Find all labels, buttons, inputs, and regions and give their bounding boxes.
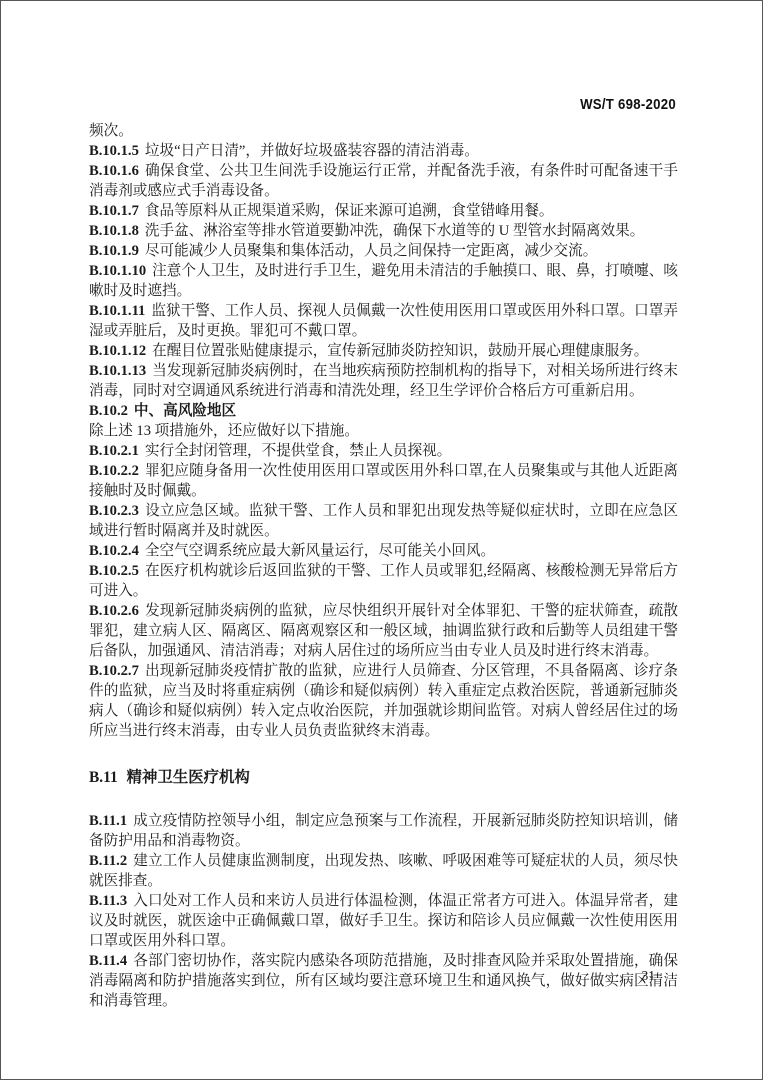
clause-number: B.10.1.6 — [89, 163, 139, 179]
clause-number: B.10.1.12 — [89, 343, 146, 359]
clause-number: B.10.2.4 — [89, 543, 139, 559]
section-title: 精神卫生医疗机构 — [127, 769, 250, 786]
clause-number: B.10.1.13 — [89, 363, 146, 379]
standard-number: WS/T 698-2020 — [580, 96, 676, 113]
clause-b11-1: B.11.1成立疫情防控领导小组，制定应急预案与工作流程，开展新冠肺炎防控知识培… — [89, 811, 678, 851]
clause-text: 当发现新冠肺炎病例时，在当地疾病预防控制机构的指导下，对相关场所进行终末消毒，同… — [89, 363, 678, 399]
clause-number: B.10.1.9 — [89, 243, 139, 259]
clause-b11-3: B.11.3入口处对工作人员和来访人员进行体温检测，体温正常者方可进入。体温异常… — [89, 891, 678, 951]
clause-b10-1-12: B.10.1.12在醒目位置张贴健康提示，宣传新冠肺炎防控知识，鼓励开展心理健康… — [89, 341, 678, 361]
clause-text: 频次。 — [89, 123, 133, 139]
clause-b10-1-5: B.10.1.5垃圾“日产日清”，并做好垃圾盛装容器的清洁消毒。 — [89, 141, 678, 161]
clause-text: 发现新冠肺炎病例的监狱，应尽快组织开展针对全体罪犯、干警的症状筛查，疏散罪犯，建… — [89, 603, 678, 659]
clause-text: 全空气空调系统应最大新风量运行，尽可能关小回风。 — [145, 543, 495, 559]
clause-number: B.10.2.6 — [89, 603, 139, 619]
clause-title: 中、高风险地区 — [134, 403, 236, 419]
clause-b10-1-10: B.10.1.10注意个人卫生，及时进行手卫生，避免用未清洁的手触摸口、眼、鼻，… — [89, 261, 678, 301]
clause-text: 建立工作人员健康监测制度，出现发热、咳嗽、呼吸困难等可疑症状的人员，须尽快就医排… — [89, 853, 678, 889]
section-number: B.11 — [89, 769, 118, 786]
clause-text: 监狱干警、工作人员、探视人员佩戴一次性使用医用口罩或医用外科口罩。口罩弄湿或弄脏… — [89, 303, 678, 339]
clause-number: B.10.2.5 — [89, 563, 139, 579]
clause-number: B.10.2.3 — [89, 503, 139, 519]
clause-b11-4: B.11.4各部门密切协作，落实院内感染各项防范措施，及时排查风险并采取处置措施… — [89, 951, 678, 1011]
clause-b10-1-11: B.10.1.11监狱干警、工作人员、探视人员佩戴一次性使用医用口罩或医用外科口… — [89, 301, 678, 341]
clause-number: B.11.2 — [89, 853, 127, 869]
clause-b10-2-4: B.10.2.4全空气空调系统应最大新风量运行，尽可能关小回风。 — [89, 541, 678, 561]
clause-number: B.10.2 — [89, 403, 128, 419]
clause-b10-1-9: B.10.1.9尽可能减少人员聚集和集体活动，人员之间保持一定距离，减少交流。 — [89, 241, 678, 261]
clause-b10-1-7: B.10.1.7食品等原料从正规渠道采购，保证来源可追溯，食堂错峰用餐。 — [89, 201, 678, 221]
clause-number: B.10.1.8 — [89, 223, 139, 239]
clause-text: 确保食堂、公共卫生间洗手设施运行正常，并配备洗手液，有条件时可配备速干手消毒剂或… — [89, 163, 678, 199]
clause-number: B.10.2.1 — [89, 443, 139, 459]
page-number: 31 — [642, 968, 656, 984]
clause-text: 垃圾“日产日清”，并做好垃圾盛装容器的清洁消毒。 — [145, 143, 479, 159]
clause-text: 除上述 13 项措施外，还应做好以下措施。 — [89, 423, 359, 439]
clause-number: B.11.3 — [89, 893, 127, 909]
clause-number: B.10.2.7 — [89, 663, 139, 679]
clause-text: 在醒目位置张贴健康提示，宣传新冠肺炎防控知识，鼓励开展心理健康服务。 — [152, 343, 648, 359]
clause-b11-2: B.11.2建立工作人员健康监测制度，出现发热、咳嗽、呼吸困难等可疑症状的人员，… — [89, 851, 678, 891]
clause-text: 食品等原料从正规渠道采购，保证来源可追溯，食堂错峰用餐。 — [145, 203, 554, 219]
clause-text: 尽可能减少人员聚集和集体活动，人员之间保持一定距离，减少交流。 — [145, 243, 597, 259]
paragraph-continuation: 频次。 — [89, 121, 678, 141]
subclause-heading-b10-2: B.10.2中、高风险地区 — [89, 401, 678, 421]
paragraph-intro: 除上述 13 项措施外，还应做好以下措施。 — [89, 421, 678, 441]
body-text: 频次。 B.10.1.5垃圾“日产日清”，并做好垃圾盛装容器的清洁消毒。 B.1… — [89, 121, 678, 1011]
clause-b10-1-13: B.10.1.13当发现新冠肺炎病例时，在当地疾病预防控制机构的指导下，对相关场… — [89, 361, 678, 401]
clause-b10-2-2: B.10.2.2罪犯应随身备用一次性使用医用口罩或医用外科口罩,在人员聚集或与其… — [89, 461, 678, 501]
clause-number: B.10.2.2 — [89, 463, 139, 479]
clause-b10-2-7: B.10.2.7出现新冠肺炎疫情扩散的监狱，应进行人员筛查、分区管理，不具备隔离… — [89, 661, 678, 741]
clause-number: B.10.1.7 — [89, 203, 139, 219]
clause-number: B.10.1.10 — [89, 263, 146, 279]
clause-number: B.11.1 — [89, 813, 127, 829]
clause-b10-2-1: B.10.2.1实行全封闭管理，不提供堂食，禁止人员探视。 — [89, 441, 678, 461]
clause-b10-2-5: B.10.2.5在医疗机构就诊后返回监狱的干警、工作人员或罪犯,经隔离、核酸检测… — [89, 561, 678, 601]
clause-text: 注意个人卫生，及时进行手卫生，避免用未清洁的手触摸口、眼、鼻，打喷嚏、咳嗽时及时… — [89, 263, 678, 299]
clause-text: 入口处对工作人员和来访人员进行体温检测，体温正常者方可进入。体温异常者，建议及时… — [89, 893, 678, 949]
clause-b10-1-6: B.10.1.6确保食堂、公共卫生间洗手设施运行正常，并配备洗手液，有条件时可配… — [89, 161, 678, 201]
clause-text: 实行全封闭管理，不提供堂食，禁止人员探视。 — [145, 443, 451, 459]
clause-number: B.11.4 — [89, 953, 127, 969]
document-page: WS/T 698-2020 频次。 B.10.1.5垃圾“日产日清”，并做好垃圾… — [0, 0, 763, 1080]
page-header: WS/T 698-2020 — [89, 96, 676, 113]
clause-b10-2-6: B.10.2.6发现新冠肺炎病例的监狱，应尽快组织开展针对全体罪犯、干警的症状筛… — [89, 601, 678, 661]
clause-text: 设立应急区域。监狱干警、工作人员和罪犯出现发热等疑似症状时，立即在应急区域进行暂… — [89, 503, 678, 539]
clause-text: 各部门密切协作，落实院内感染各项防范措施，及时排查风险并采取处置措施，确保消毒隔… — [89, 953, 678, 1009]
clause-text: 罪犯应随身备用一次性使用医用口罩或医用外科口罩,在人员聚集或与其他人近距离接触时… — [89, 463, 678, 499]
clause-text: 在医疗机构就诊后返回监狱的干警、工作人员或罪犯,经隔离、核酸检测无异常后方可进入… — [89, 563, 678, 599]
section-heading-b11: B.11精神卫生医疗机构 — [89, 768, 678, 788]
clause-text: 出现新冠肺炎疫情扩散的监狱，应进行人员筛查、分区管理，不具备隔离、诊疗条件的监狱… — [89, 663, 678, 739]
clause-number: B.10.1.11 — [89, 303, 145, 319]
clause-b10-1-8: B.10.1.8洗手盆、淋浴室等排水管道要勤冲洗，确保下水道等的 U 型管水封隔… — [89, 221, 678, 241]
clause-text: 洗手盆、淋浴室等排水管道要勤冲洗，确保下水道等的 U 型管水封隔离效果。 — [145, 223, 644, 239]
clause-b10-2-3: B.10.2.3设立应急区域。监狱干警、工作人员和罪犯出现发热等疑似症状时，立即… — [89, 501, 678, 541]
clause-text: 成立疫情防控领导小组，制定应急预案与工作流程，开展新冠肺炎防控知识培训，储备防护… — [89, 813, 678, 849]
clause-number: B.10.1.5 — [89, 143, 139, 159]
